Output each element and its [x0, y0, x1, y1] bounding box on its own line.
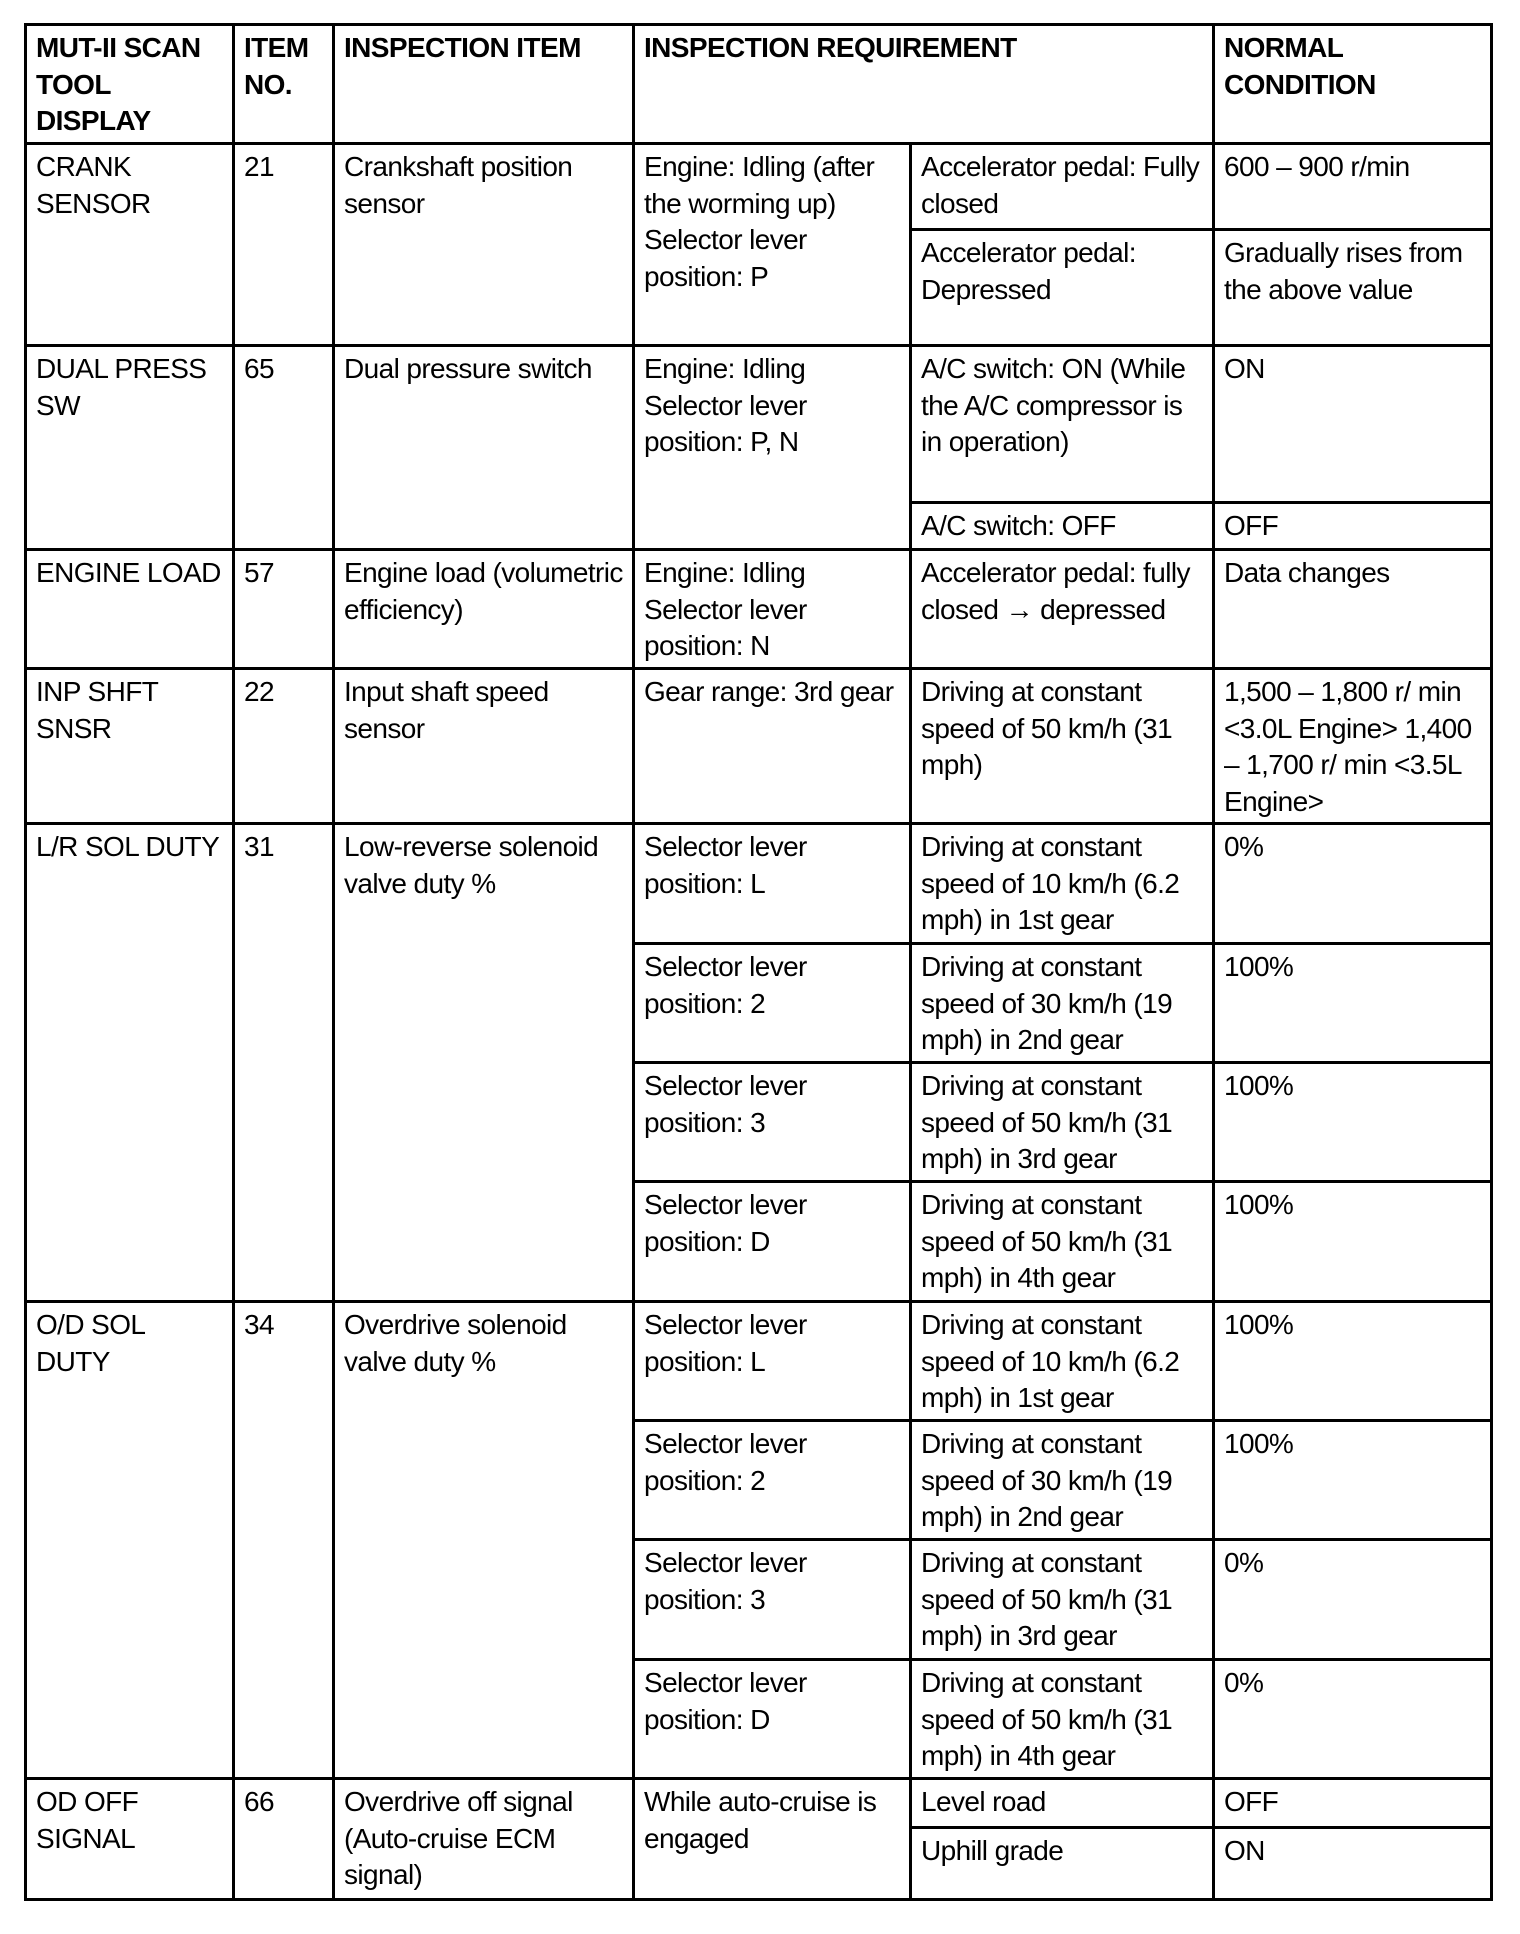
row-item-no: 66	[232, 1777, 335, 1901]
row-normal-condition: 100%	[1212, 942, 1493, 1064]
row-requirement: Selector lever position: 2	[632, 942, 912, 1064]
row-normal-condition: Data changes	[1212, 548, 1493, 670]
row-requirement: Selector lever position: 3	[632, 1538, 912, 1661]
row-normal-condition: Gradually rises from the above value	[1212, 228, 1493, 347]
row-requirement: Engine: Idling (after the worming up) Se…	[632, 142, 912, 347]
row-item-no: 65	[232, 344, 335, 551]
row-inspection-item: Overdrive solenoid valve duty %	[332, 1300, 635, 1780]
row-normal-condition: 100%	[1212, 1300, 1493, 1422]
row-condition: Uphill grade	[909, 1826, 1215, 1901]
row-display: INP SHFT SNSR	[24, 667, 235, 825]
row-normal-condition: ON	[1212, 344, 1493, 504]
row-normal-condition: OFF	[1212, 501, 1493, 551]
header-inspection-item: INSPECTION ITEM	[332, 23, 635, 145]
row-requirement: Selector lever position: D	[632, 1180, 912, 1303]
row-item-no: 31	[232, 822, 335, 1303]
row-normal-condition: 0%	[1212, 1538, 1493, 1661]
row-item-no: 57	[232, 548, 335, 670]
row-item-no: 34	[232, 1300, 335, 1780]
row-inspection-item: Overdrive off signal (Auto-cruise ECM si…	[332, 1777, 635, 1901]
row-requirement: While auto-cruise is engaged	[632, 1777, 912, 1901]
row-requirement: Engine: Idling Selector lever position: …	[632, 548, 912, 670]
row-condition: Driving at constant speed of 10 km/h (6.…	[909, 822, 1215, 945]
row-display: O/D SOL DUTY	[24, 1300, 235, 1780]
row-condition: Driving at constant speed of 30 km/h (19…	[909, 1419, 1215, 1541]
header-normal-condition: NORMAL CONDITION	[1212, 23, 1493, 145]
row-normal-condition: 100%	[1212, 1419, 1493, 1541]
row-requirement: Selector lever position: L	[632, 822, 912, 945]
row-requirement: Selector lever position: D	[632, 1658, 912, 1780]
row-normal-condition: 0%	[1212, 822, 1493, 945]
row-requirement: Selector lever position: 3	[632, 1061, 912, 1183]
row-requirement: Gear range: 3rd gear	[632, 667, 912, 825]
row-condition: A/C switch: OFF	[909, 501, 1215, 551]
row-inspection-item: Low-reverse solenoid valve duty %	[332, 822, 635, 1303]
row-normal-condition: OFF	[1212, 1777, 1493, 1829]
row-condition: Driving at constant speed of 50 km/h (31…	[909, 1061, 1215, 1183]
row-inspection-item: Dual pressure switch	[332, 344, 635, 551]
row-condition: Driving at constant speed of 10 km/h (6.…	[909, 1300, 1215, 1422]
row-condition: Accelerator pedal: Fully closed	[909, 142, 1215, 231]
row-normal-condition: 100%	[1212, 1061, 1493, 1183]
row-condition: Accelerator pedal: fully closed → depres…	[909, 548, 1215, 670]
header-display: MUT-II SCAN TOOL DISPLAY	[24, 23, 235, 145]
row-inspection-item: Input shaft speed sensor	[332, 667, 635, 825]
row-normal-condition: 1,500 – 1,800 r/ min <3.0L Engine> 1,400…	[1212, 667, 1493, 825]
row-display: L/R SOL DUTY	[24, 822, 235, 1303]
header-inspection-requirement: INSPECTION REQUIREMENT	[632, 23, 1215, 145]
row-requirement: Selector lever position: L	[632, 1300, 912, 1422]
row-inspection-item: Crankshaft position sensor	[332, 142, 635, 347]
row-item-no: 22	[232, 667, 335, 825]
inspection-table: MUT-II SCAN TOOL DISPLAYITEM NO.INSPECTI…	[0, 0, 1520, 1934]
row-condition: Driving at constant speed of 50 km/h (31…	[909, 1180, 1215, 1303]
row-display: DUAL PRESS SW	[24, 344, 235, 551]
row-display: CRANK SENSOR	[24, 142, 235, 347]
row-requirement: Selector lever position: 2	[632, 1419, 912, 1541]
row-condition: Accelerator pedal: Depressed	[909, 228, 1215, 347]
row-condition: Driving at constant speed of 50 km/h (31…	[909, 667, 1215, 825]
row-condition: Level road	[909, 1777, 1215, 1829]
row-normal-condition: 0%	[1212, 1658, 1493, 1780]
row-condition: Driving at constant speed of 30 km/h (19…	[909, 942, 1215, 1064]
header-item-no: ITEM NO.	[232, 23, 335, 145]
row-condition: A/C switch: ON (While the A/C compressor…	[909, 344, 1215, 504]
row-normal-condition: 600 – 900 r/min	[1212, 142, 1493, 231]
row-normal-condition: 100%	[1212, 1180, 1493, 1303]
row-requirement: Engine: Idling Selector lever position: …	[632, 344, 912, 551]
row-item-no: 21	[232, 142, 335, 347]
row-display: ENGINE LOAD	[24, 548, 235, 670]
row-inspection-item: Engine load (volumetric efficiency)	[332, 548, 635, 670]
row-display: OD OFF SIGNAL	[24, 1777, 235, 1901]
row-condition: Driving at constant speed of 50 km/h (31…	[909, 1538, 1215, 1661]
row-normal-condition: ON	[1212, 1826, 1493, 1901]
row-condition: Driving at constant speed of 50 km/h (31…	[909, 1658, 1215, 1780]
